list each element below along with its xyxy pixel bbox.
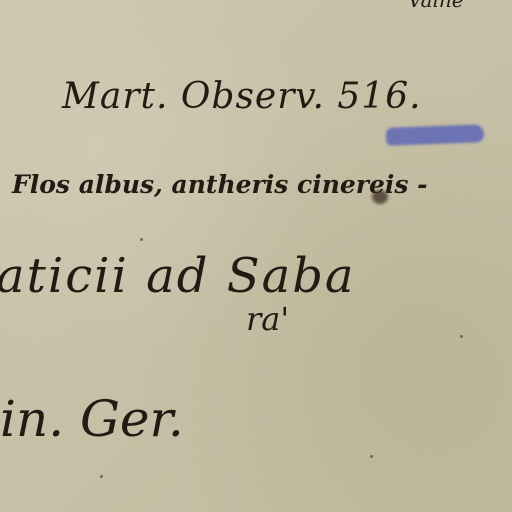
locality-line: aticii ad Saba (0, 248, 356, 304)
paper-speck (100, 475, 103, 478)
paper-speck (460, 335, 463, 338)
blue-underline-mark (386, 124, 485, 145)
ink-blot (372, 190, 388, 204)
locality-insert: ra' (246, 300, 289, 338)
paper-speck (370, 455, 373, 458)
collector-line: in. Ger. (0, 390, 184, 448)
top-text-fragment: Vaine (408, 0, 464, 12)
reference-line: Mart. Observ. 516. (62, 76, 422, 117)
paper-speck (140, 238, 143, 241)
description-line: Flos albus, antheris cinereis - (12, 170, 428, 199)
